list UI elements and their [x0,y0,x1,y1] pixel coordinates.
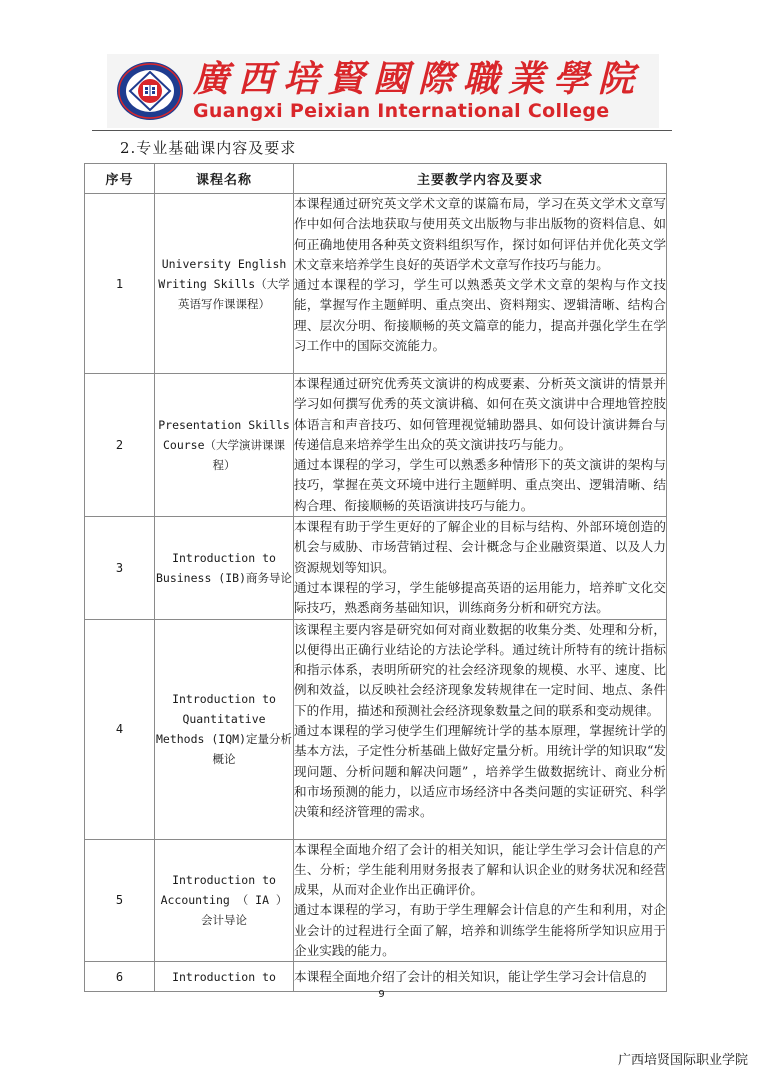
course-description: 本课程有助于学生更好的了解企业的目标与结构、外部环境创造的机会与威胁、市场营销过… [294,517,667,619]
table-row: 1 University English Writing Skills（大学英语… [85,194,667,374]
section-title: 2.专业基础课内容及要求 [120,137,296,158]
row-number: 4 [85,619,155,839]
row-number: 5 [85,839,155,962]
description-paragraph: 通过本课程的学习，学生可以熟悉多种情形下的英文演讲的架构与技巧，掌握在英文环境中… [294,455,666,516]
description-paragraph: 本课程有助于学生更好的了解企业的目标与结构、外部环境创造的机会与威胁、市场营销过… [294,517,666,578]
table-row: 2 Presentation Skills Course（大学演讲课课程） 本课… [85,374,667,517]
course-description: 该课程主要内容是研究如何对商业数据的收集分类、处理和分析，以便得出正确行业结论的… [294,619,667,839]
description-paragraph: 本课程全面地介绍了会计的相关知识，能让学生学习会计信息的 [294,967,666,987]
course-name: Introduction to Business (IB)商务导论 [155,517,294,619]
page-number: 9 [0,989,763,1000]
description-paragraph: 通过本课程的学习，有助于学生理解会计信息的产生和利用，对企业会计的过程进行全面了… [294,900,666,961]
course-name: Presentation Skills Course（大学演讲课课程） [155,374,294,517]
course-name: Introduction to Quantitative Methods (IQ… [155,619,294,839]
course-name: Introduction to [155,962,294,992]
course-description: 本课程全面地介绍了会计的相关知识，能让学生学习会计信息的产生、分析；学生能利用财… [294,839,667,962]
description-paragraph: 本课程通过研究英文学术文章的谋篇布局，学习在英文学术文章写作中如何合法地获取与使… [294,194,666,275]
row-number: 6 [85,962,155,992]
column-header-number: 序号 [85,164,155,194]
college-name-en: Guangxi Peixian International College [193,99,643,123]
description-paragraph: 本课程通过研究优秀英文演讲的构成要素、分析英文演讲的情景并学习如何撰写优秀的英文… [294,374,666,455]
table-row: 6 Introduction to 本课程全面地介绍了会计的相关知识，能让学生学… [85,962,667,992]
description-paragraph: 通过本课程的学习，学生能够提高英语的运用能力，培养旷文化交际技巧，熟悉商务基础知… [294,578,666,619]
college-emblem-icon [115,60,185,122]
row-number: 2 [85,374,155,517]
footer-organization: 广西培贤国际职业学院 [618,1049,748,1068]
row-number: 1 [85,194,155,374]
table-row: 3 Introduction to Business (IB)商务导论 本课程有… [85,517,667,619]
header-divider [92,130,672,131]
course-description: 本课程通过研究优秀英文演讲的构成要素、分析英文演讲的情景并学习如何撰写优秀的英文… [294,374,667,517]
table-header-row: 序号 课程名称 主要教学内容及要求 [85,164,667,194]
description-paragraph: 通过本课程的学习使学生们理解统计学的基本原理，掌握统计学的基本方法，子定性分析基… [294,721,666,822]
column-header-course-name: 课程名称 [155,164,294,194]
table-row: 4 Introduction to Quantitative Methods (… [85,619,667,839]
course-description: 本课程全面地介绍了会计的相关知识，能让学生学习会计信息的 [294,962,667,992]
row-number: 3 [85,517,155,619]
column-header-content: 主要教学内容及要求 [294,164,667,194]
college-name-cn: 廣西培賢國際職業學院 [193,59,643,99]
course-name: Introduction to Accounting （ IA ）会计导论 [155,839,294,962]
course-description: 本课程通过研究英文学术文章的谋篇布局，学习在英文学术文章写作中如何合法地获取与使… [294,194,667,374]
course-table: 序号 课程名称 主要教学内容及要求 1 University English W… [84,163,667,992]
description-paragraph: 本课程全面地介绍了会计的相关知识，能让学生学习会计信息的产生、分析；学生能利用财… [294,840,666,901]
description-paragraph: 该课程主要内容是研究如何对商业数据的收集分类、处理和分析，以便得出正确行业结论的… [294,620,666,721]
table-row: 5 Introduction to Accounting （ IA ）会计导论 … [85,839,667,962]
description-paragraph: 通过本课程的学习，学生可以熟悉英文学术文章的架构与作文技能，掌握写作主题鲜明、重… [294,275,666,356]
course-name: University English Writing Skills（大学英语写作… [155,194,294,374]
college-banner: 廣西培賢國際職業學院 Guangxi Peixian International… [107,54,659,128]
